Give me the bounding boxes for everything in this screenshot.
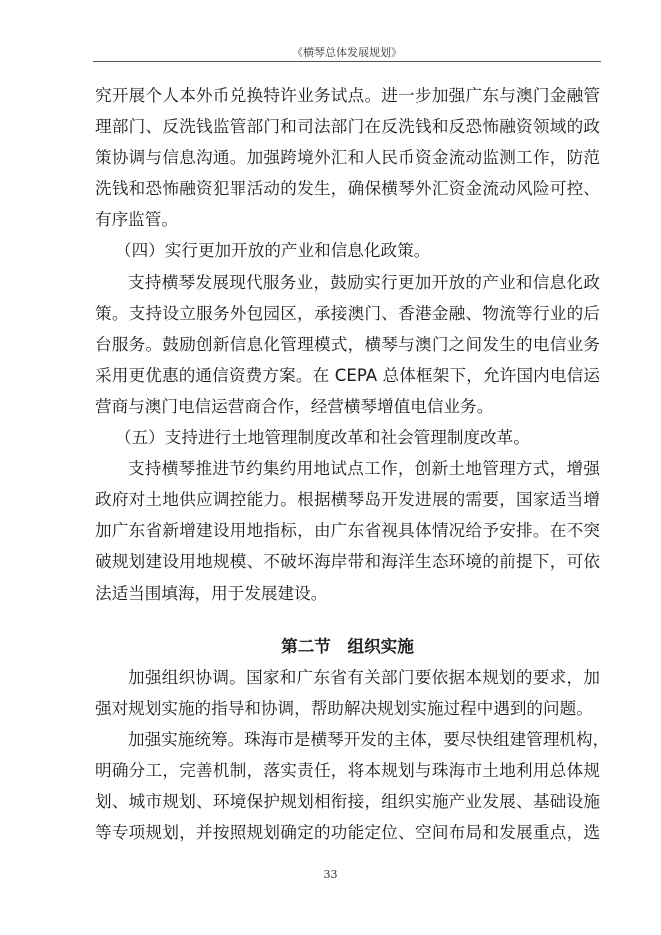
text-line: 理部门、反洗钱监管部门和司法部门在反洗钱和反恐怖融资领域的政 xyxy=(95,111,600,142)
text-line: 支持横琴发展现代服务业，鼓励实行更加开放的产业和信息化政 xyxy=(95,267,600,298)
paragraph-continuation: 究开展个人本外币兑换特许业务试点。进一步加强广东与澳门金融管 理部门、反洗钱监管… xyxy=(95,80,600,235)
text-line: 划、城市规划、环境保护规划相衔接，组织实施产业发展、基础设施 xyxy=(95,786,600,817)
text-line: 政府对土地供应调控能力。根据横琴岛开发进展的需要，国家适当增 xyxy=(95,484,600,515)
text-line: 加广东省新增建设用地指标，由广东省视具体情况给予安排。在不突 xyxy=(95,515,600,546)
text-line: 法适当围填海，用于发展建设。 xyxy=(95,578,600,609)
text-line: 破规划建设用地规模、不破坏海岸带和海洋生态环境的前提下，可依 xyxy=(95,546,600,577)
text-line: 明确分工，完善机制，落实责任，将本规划与珠海市土地利用总体规 xyxy=(95,755,600,786)
header-rule xyxy=(93,61,601,62)
subheading-text: （五）支持进行土地管理制度改革和社会管理制度改革。 xyxy=(95,422,600,453)
document-body: 究开展个人本外币兑换特许业务试点。进一步加强广东与澳门金融管 理部门、反洗钱监管… xyxy=(95,80,600,848)
text-line: 究开展个人本外币兑换特许业务试点。进一步加强广东与澳门金融管 xyxy=(95,80,600,111)
text-line: 策。支持设立服务外包园区，承接澳门、香港金融、物流等行业的后 xyxy=(95,298,600,329)
paragraph-coordination: 加强组织协调。国家和广东省有关部门要依据本规划的要求，加 强对规划实施的指导和协… xyxy=(95,662,600,724)
text-line: 营商与澳门电信运营商合作，经营横琴增值电信业务。 xyxy=(95,391,600,422)
paragraph-land-management: 支持横琴推进节约集约用地试点工作，创新土地管理方式，增强 政府对土地供应调控能力… xyxy=(95,453,600,608)
text-line: 策协调与信息沟通。加强跨境外汇和人民币资金流动监测工作，防范 xyxy=(95,142,600,173)
subheading-5: （五）支持进行土地管理制度改革和社会管理制度改革。 xyxy=(95,422,600,453)
text-line: 有序监管。 xyxy=(95,204,600,235)
subheading-text: （四）实行更加开放的产业和信息化政策。 xyxy=(95,235,600,266)
text-line: 等专项规划，并按照规划确定的功能定位、空间布局和发展重点，选 xyxy=(95,817,600,848)
paragraph-implementation: 加强实施统筹。珠海市是横琴开发的主体，要尽快组建管理机构， 明确分工，完善机制，… xyxy=(95,724,600,848)
text-line: 支持横琴推进节约集约用地试点工作，创新土地管理方式，增强 xyxy=(95,453,600,484)
subheading-4: （四）实行更加开放的产业和信息化政策。 xyxy=(95,235,600,266)
text-line: 加强组织协调。国家和广东省有关部门要依据本规划的要求，加 xyxy=(95,662,600,693)
text-line: 加强实施统筹。珠海市是横琴开发的主体，要尽快组建管理机构， xyxy=(95,724,600,755)
text-line: 采用更优惠的通信资费方案。在 CEPA 总体框架下，允许国内电信运 xyxy=(95,360,600,391)
text-line: 台服务。鼓励创新信息化管理模式，横琴与澳门之间发生的电信业务 xyxy=(95,329,600,360)
section-title: 第二节 组织实施 xyxy=(95,631,600,662)
text-line: 洗钱和恐怖融资犯罪活动的发生，确保横琴外汇资金流动风险可控、 xyxy=(95,173,600,204)
running-header: 《横琴总体发展规划》 xyxy=(93,44,601,60)
paragraph-services-policy: 支持横琴发展现代服务业，鼓励实行更加开放的产业和信息化政 策。支持设立服务外包园… xyxy=(95,267,600,422)
text-line: 强对规划实施的指导和协调，帮助解决规划实施过程中遇到的问题。 xyxy=(95,693,600,724)
page-number: 33 xyxy=(0,868,661,881)
